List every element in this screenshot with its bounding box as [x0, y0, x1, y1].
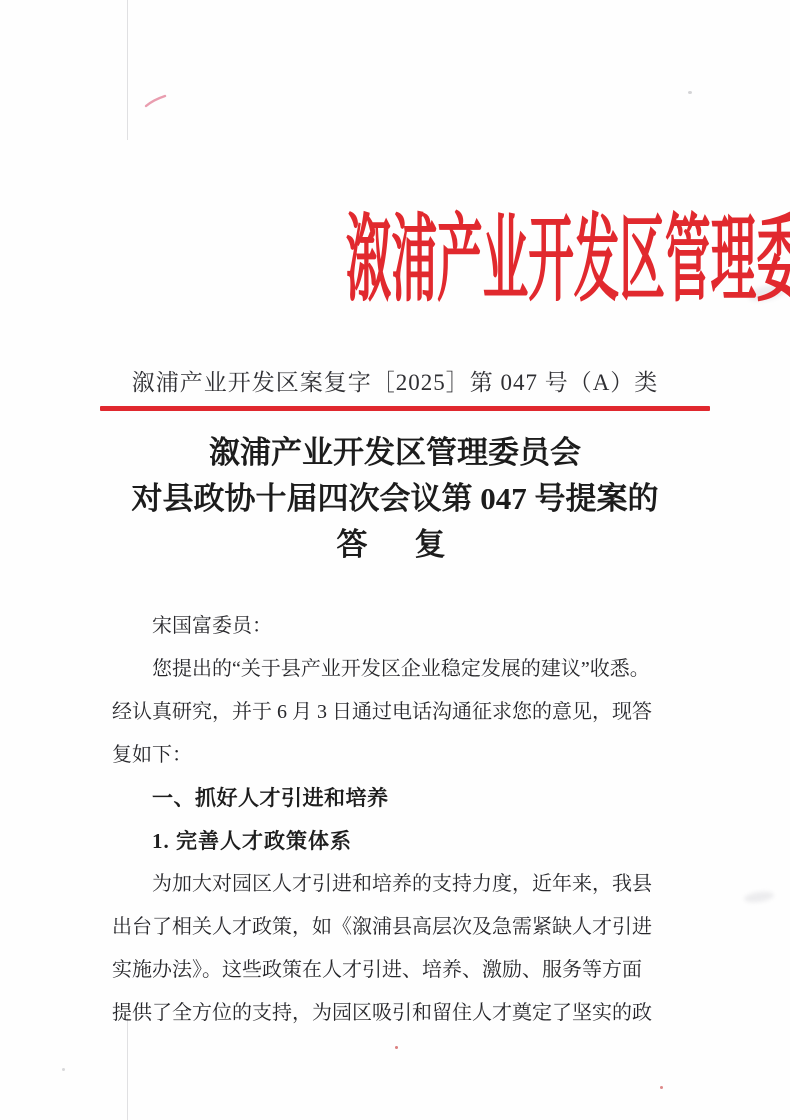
- scan-pen-mark: [144, 92, 168, 110]
- paragraph-line: 复如下：: [112, 734, 696, 777]
- document-page: 溆浦产业开发区管理委员会文件 溆浦产业开发区案复字［2025］第 047 号（A…: [0, 0, 790, 1120]
- title-line-3: 答 复: [0, 522, 790, 568]
- section-heading: 一、抓好人才引进和培养: [112, 777, 696, 820]
- masthead-title: 溆浦产业开发区管理委员会文件: [0, 208, 790, 312]
- masthead-title-text: 溆浦产业开发区管理委员会文件: [346, 208, 790, 312]
- scan-speck: [395, 1046, 398, 1049]
- paragraph-line: 为加大对园区人才引进和培养的支持力度，近年来，我县: [112, 863, 696, 906]
- paragraph-line: 经认真研究，并于 6 月 3 日通过电话沟通征求您的意见，现答: [112, 691, 696, 734]
- document-title: 溆浦产业开发区管理委员会 对县政协十届四次会议第 047 号提案的 答 复: [0, 430, 790, 568]
- paragraph-line: 出台了相关人才政策，如《溆浦县高层次及急需紧缺人才引进: [112, 906, 696, 949]
- red-divider-line: [100, 406, 710, 411]
- scan-speck: [62, 1068, 65, 1071]
- title-line-1: 溆浦产业开发区管理委员会: [0, 430, 790, 476]
- title-line-2: 对县政协十届四次会议第 047 号提案的: [0, 476, 790, 522]
- scan-smudge: [743, 890, 774, 904]
- document-body: 宋国富委员： 您提出的“关于县产业开发区企业稳定发展的建议”收悉。 经认真研究，…: [112, 605, 696, 1035]
- salutation-line: 宋国富委员：: [112, 605, 696, 648]
- paragraph-line: 实施办法》。这些政策在人才引进、培养、激励、服务等方面: [112, 949, 696, 992]
- scan-speck: [660, 1086, 663, 1089]
- doc-number: 溆浦产业开发区案复字［2025］第 047 号（A）类: [0, 364, 790, 397]
- paragraph-line: 提供了全方位的支持，为园区吸引和留住人才奠定了坚实的政: [112, 992, 696, 1035]
- scan-speck: [688, 91, 692, 94]
- subsection-heading: 1. 完善人才政策体系: [112, 820, 696, 863]
- scan-fold-line-top: [127, 0, 128, 140]
- paragraph-line: 您提出的“关于县产业开发区企业稳定发展的建议”收悉。: [112, 648, 696, 691]
